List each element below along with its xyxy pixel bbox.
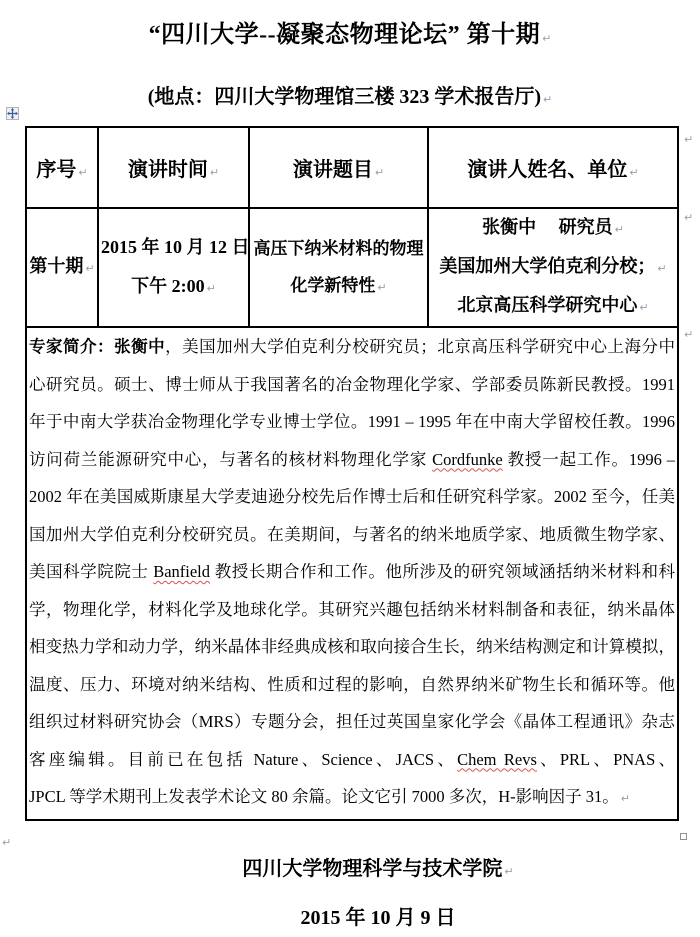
bio-line: 国加州大学伯克利分校研究员。在美期间，与著名的纳米地质学家、地质微生物学家、 — [29, 516, 675, 554]
bio-text-segment: 国加州大学伯克利分校研究员。在美期间，与著名的纳米地质学家、地质微生物学家、 — [29, 525, 675, 544]
cell-expert-bio: 专家简介：张衡中，美国加州大学伯克利分校研究员；北京高压科学研究中心上海分中心研… — [26, 327, 678, 820]
topic-line-1: 高压下纳米材料的物理 — [252, 230, 425, 267]
pilcrow-mark: ↵ — [621, 792, 630, 805]
signature-org-text: 四川大学物理科学与技术学院 — [242, 858, 502, 880]
page-title: “四川大学--凝聚态物理论坛” 第十期↵ — [0, 14, 700, 49]
header-seq: 序号↵ — [26, 127, 98, 208]
bio-line: 2002 年在美国威斯康星大学麦迪逊分校先后作博士后和任研究科学家。2002 至… — [29, 478, 675, 516]
pilcrow-mark: ↵ — [639, 301, 648, 314]
bio-line: 温度、压力、环境对纳米结构、性质和过程的影响，自然界纳米矿物生长和循环等。他 — [29, 666, 675, 704]
table-header-row: 序号↵ 演讲时间↵ 演讲题目↵ 演讲人姓名、单位↵ — [26, 127, 678, 208]
pilcrow-mark: ↵ — [543, 93, 552, 106]
cell-speaker: 张衡中 研究员↵ 美国加州大学伯克利分校；↵ 北京高压科学研究中心↵ — [428, 208, 678, 327]
bio-text-segment: 美国科学院院士 — [29, 562, 153, 581]
end-of-row-mark: ↵ — [684, 211, 693, 224]
header-speaker-label: 演讲人姓名、单位 — [467, 159, 627, 181]
bio-text-segment: 教授长期合作和工作。他所涉及的研究领域涵括纳米材料和科 — [210, 562, 675, 581]
speaker-line-2: 美国加州大学伯克利分校；↵ — [431, 248, 675, 287]
header-speaker: 演讲人姓名、单位↵ — [428, 127, 678, 208]
move-arrows-icon — [7, 108, 18, 119]
speaker-line-3: 北京高压科学研究中心↵ — [431, 287, 675, 326]
bio-text-segment: 相变热力学和动力学，纳米晶体非经典成核和取向接合生长，纳米结构测定和计算模拟， — [29, 637, 675, 656]
header-topic-label: 演讲题目 — [293, 159, 373, 181]
sequence-text: 第十期 — [29, 256, 83, 276]
bio-text-segment: 组织过材料研究协会（MRS）专题分会，担任过英国皇家化学会《晶体工程通讯》杂志 — [29, 712, 675, 731]
header-topic: 演讲题目↵ — [249, 127, 428, 208]
signature-date-line: 2015 年 10 月 9 日 — [56, 905, 700, 931]
bio-line: 访问荷兰能源研究中心，与著名的核材料物理化学家 Cordfunke 教授一起工作… — [29, 441, 675, 479]
page-title-text: “四川大学--凝聚态物理论坛” 第十期 — [149, 22, 540, 48]
bio-text-segment: 温度、压力、环境对纳米结构、性质和过程的影响，自然界纳米矿物生长和循环等。他 — [29, 675, 675, 694]
speaker-affiliation-2-text: 北京高压科学研究中心 — [457, 295, 637, 315]
signature-org-line: 四川大学物理科学与技术学院↵ — [56, 856, 700, 885]
misspelled-word: Cordfunke — [432, 450, 503, 469]
seminar-table: 序号↵ 演讲时间↵ 演讲题目↵ 演讲人姓名、单位↵ 第十期↵ 2015 年 10… — [25, 126, 679, 821]
time-date-text: 2015 年 10 月 12 日 — [101, 237, 249, 257]
pilcrow-mark: ↵ — [78, 166, 87, 179]
location-subtitle-text: (地点：四川大学物理馆三楼 323 学术报告厅) — [148, 86, 541, 108]
bio-line: 组织过材料研究协会（MRS）专题分会，担任过英国皇家化学会《晶体工程通讯》杂志 — [29, 703, 675, 741]
pilcrow-mark: ↵ — [375, 166, 384, 179]
bio-text-segment: 年于中南大学获冶金物理化学专业博士学位。1991 – 1995 年在中南大学留校… — [29, 412, 675, 431]
bio-text-segment: ，美国加州大学伯克利分校研究员；北京高压科学研究中心上海分中 — [165, 337, 675, 356]
paragraph-mark: ↵ — [2, 836, 11, 849]
bio-line: JPCL 等学术期刊上发表学术论文 80 余篇。论文它引 7000 多次，H-影… — [29, 778, 675, 816]
table-bio-row: 专家简介：张衡中，美国加州大学伯克利分校研究员；北京高压科学研究中心上海分中心研… — [26, 327, 678, 820]
pilcrow-mark: ↵ — [542, 32, 551, 45]
pilcrow-mark: ↵ — [504, 865, 513, 878]
signature-date-text: 2015 年 10 月 9 日 — [301, 907, 456, 929]
cell-sequence: 第十期↵ — [26, 208, 98, 327]
speaker-name-text: 张衡中 研究员 — [482, 217, 613, 237]
table-move-handle-icon[interactable] — [6, 107, 19, 120]
pilcrow-mark: ↵ — [629, 166, 638, 179]
pilcrow-mark: ↵ — [657, 262, 666, 275]
speaker-affiliation-1-text: 美国加州大学伯克利分校； — [439, 256, 655, 276]
time-hour-text: 下午 2:00 — [131, 276, 205, 296]
misspelled-word: Chem Revs — [457, 750, 537, 769]
cell-time: 2015 年 10 月 12 日↵ 下午 2:00↵ — [98, 208, 249, 327]
bio-line: 美国科学院院士 Banfield 教授长期合作和工作。他所涉及的研究领域涵括纳米… — [29, 553, 675, 591]
bio-paragraph: 专家简介：张衡中，美国加州大学伯克利分校研究员；北京高压科学研究中心上海分中心研… — [29, 328, 675, 819]
table-data-row: 第十期↵ 2015 年 10 月 12 日↵ 下午 2:00↵ 高压下纳米材料的… — [26, 208, 678, 327]
topic-text-2: 化学新特性 — [290, 276, 375, 295]
bio-text-segment: 心研究员。硕士、博士师从于我国著名的冶金物理化学家、学部委员陈新民教授。1991 — [29, 375, 675, 394]
end-of-row-mark: ↵ — [684, 133, 693, 146]
time-line-2: 下午 2:00↵ — [101, 268, 246, 307]
bio-text-segment: 学，物理化学，材料化学及地球化学。其研究兴趣包括纳米材料制备和表征，纳米晶体 — [29, 600, 675, 619]
header-time-label: 演讲时间 — [128, 159, 208, 181]
topic-line-2: 化学新特性↵ — [252, 267, 425, 306]
signature-block: 四川大学物理科学与技术学院↵ 2015 年 10 月 9 日 — [0, 856, 700, 931]
misspelled-word: Banfield — [153, 562, 210, 581]
location-subtitle: (地点：四川大学物理馆三楼 323 学术报告厅)↵ — [0, 80, 700, 109]
pilcrow-mark: ↵ — [85, 262, 94, 275]
header-time: 演讲时间↵ — [98, 127, 249, 208]
bio-text-segment: 2002 年在美国威斯康星大学麦迪逊分校先后作博士后和任研究科学家。2002 至… — [29, 487, 675, 506]
pilcrow-mark: ↵ — [377, 281, 386, 294]
bio-text-segment: 客座编辑。目前已在包括 Nature、Science、JACS、 — [29, 750, 457, 769]
pilcrow-mark: ↵ — [207, 282, 216, 295]
pilcrow-mark: ↵ — [210, 166, 219, 179]
pilcrow-mark: ↵ — [615, 223, 624, 236]
document-page: { "title": { "text": "“四川大学--凝聚态物理论坛” 第十… — [0, 0, 700, 937]
bio-text-segment: 、PRL、PNAS、 — [537, 750, 675, 769]
bio-line: 客座编辑。目前已在包括 Nature、Science、JACS、Chem Rev… — [29, 741, 675, 779]
header-seq-label: 序号 — [36, 159, 76, 181]
bio-text-segment: JPCL 等学术期刊上发表学术论文 80 余篇。论文它引 7000 多次，H-影… — [29, 787, 619, 806]
end-of-row-mark: ↵ — [684, 328, 693, 341]
bio-line: 专家简介：张衡中，美国加州大学伯克利分校研究员；北京高压科学研究中心上海分中 — [29, 328, 675, 366]
bio-line: 心研究员。硕士、博士师从于我国著名的冶金物理化学家、学部委员陈新民教授。1991 — [29, 366, 675, 404]
bio-line: 相变热力学和动力学，纳米晶体非经典成核和取向接合生长，纳米结构测定和计算模拟， — [29, 628, 675, 666]
topic-text-1: 高压下纳米材料的物理 — [254, 239, 424, 258]
time-line-1: 2015 年 10 月 12 日↵ — [101, 229, 246, 268]
cell-topic: 高压下纳米材料的物理 化学新特性↵ — [249, 208, 428, 327]
bio-text-segment: 访问荷兰能源研究中心，与著名的核材料物理化学家 — [29, 450, 432, 469]
speaker-line-1: 张衡中 研究员↵ — [431, 209, 675, 248]
bio-text-segment: 教授一起工作。1996 – — [503, 450, 675, 469]
bio-line: 年于中南大学获冶金物理化学专业博士学位。1991 – 1995 年在中南大学留校… — [29, 403, 675, 441]
bio-line: 学，物理化学，材料化学及地球化学。其研究兴趣包括纳米材料制备和表征，纳米晶体 — [29, 591, 675, 629]
bio-text-segment: 专家简介：张衡中 — [29, 337, 165, 356]
table-resize-handle[interactable] — [680, 833, 687, 840]
